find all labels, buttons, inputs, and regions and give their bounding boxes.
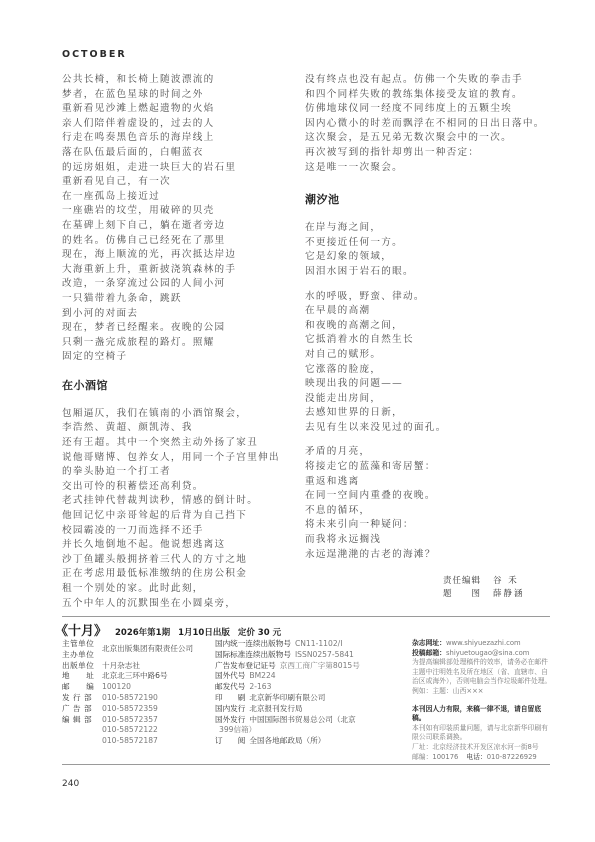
poem-line: 公共长椅，和长椅上随波漂流的 bbox=[62, 73, 294, 88]
colophon-value: BM224 bbox=[249, 671, 275, 682]
poem-line: 它是幻象的领域， bbox=[305, 250, 545, 265]
colophon-row: 订 阅全国各地邮政局（所） bbox=[215, 736, 405, 747]
colophon-value: 010-58572359 bbox=[102, 704, 158, 715]
factory-contact-row: 邮编： 100176 电话： 010-87226929 bbox=[412, 753, 552, 763]
colophon-key: 主办单位 bbox=[62, 650, 102, 661]
colophon-row: 399信箱） bbox=[215, 725, 405, 736]
poem-line: 不更接近任何一方。 bbox=[305, 236, 545, 251]
colophon-key: 编 辑 部 bbox=[62, 715, 102, 726]
poem-stanza: 在岸与海之间， 不更接近任何一方。 它是幻象的领域， 因泪水困于岩石的眼。 bbox=[305, 221, 545, 279]
colophon-row: 广 告 部010-58572359 bbox=[62, 704, 212, 715]
poem-line: 和四个同样失败的教练集体接受友谊的教育。 bbox=[305, 88, 545, 103]
colophon-key: 国外发行 bbox=[215, 715, 245, 726]
poem-line: 水的呼吸，野蛮、律动。 bbox=[305, 290, 545, 305]
colophon-value: 北京北三环中路6号 bbox=[102, 671, 168, 682]
email-row: 投稿邮箱： shiyuetougao@sina.com bbox=[412, 649, 552, 659]
poem-title: 潮汐池 bbox=[305, 191, 545, 207]
poem-title: 在小酒馆 bbox=[62, 377, 294, 393]
colophon-row: 出版单位十月杂志社 bbox=[62, 661, 212, 672]
spacer bbox=[412, 697, 552, 705]
colophon-row: 编 辑 部010-58572357 bbox=[62, 715, 212, 726]
colophon-value: 北京报刊发行局 bbox=[249, 704, 302, 715]
poem-line: 在岸与海之间， bbox=[305, 221, 545, 236]
colophon-key: 印 刷 bbox=[215, 693, 245, 704]
colophon-key: 出版单位 bbox=[62, 661, 102, 672]
poem-body: 包厢逼仄，我们在镇南的小酒馆聚会， 李浩然、黄超、颜凯涛、我 还有王超。其中一个… bbox=[62, 407, 294, 611]
colophon-value: CN11-1102/I bbox=[295, 639, 343, 650]
masthead: 《十月》 2026年第1期 1月10日出版 定价 30 元 bbox=[55, 620, 281, 639]
poem-line: 正在考虑用最低标准缴纳的住房公积金 bbox=[62, 567, 294, 582]
poem-continuation: 公共长椅，和长椅上随波漂流的 梦者，在蓝色星球的时间之外 重新看见沙滩上燃起遗物… bbox=[62, 73, 294, 365]
poem-line: 而我将永远搁浅 bbox=[305, 533, 545, 548]
poem-line: 永远逞滟滟的古老的海滩？ bbox=[305, 548, 545, 563]
stanza-gap bbox=[305, 435, 545, 445]
poem-line: 去见有生以来没见过的面孔。 bbox=[305, 421, 545, 436]
colophon-row: 广告发布登记证号京西工商广字第8015号 bbox=[215, 661, 405, 672]
poem-line: 梦者，在蓝色星球的时间之外 bbox=[62, 88, 294, 103]
poem-line: 的拳头胁迫一个打工者 bbox=[62, 465, 294, 480]
publish-date: 1月10日出版 bbox=[178, 626, 230, 638]
colophon-key bbox=[62, 725, 102, 736]
poem-line: 的远房姐姐，走进一块巨大的岩石里 bbox=[62, 161, 294, 176]
colophon-value: 010-58572357 bbox=[102, 715, 158, 726]
colophon-value: 399信箱） bbox=[219, 725, 256, 736]
colophon-row: 国内统一连续出版物号CN11-1102/I bbox=[215, 639, 405, 650]
poem-line: 它抵消着水的自然生长 bbox=[305, 333, 545, 348]
colophon-value: 北京新华印刷有限公司 bbox=[249, 693, 325, 704]
poem-line: 映现出我的问题—— bbox=[305, 377, 545, 392]
phone-label: 电话： bbox=[466, 753, 486, 763]
email-note: 为提高编辑部处理稿件的效率，请务必在邮件主题中注明姓名及所在地区（省、直辖市、自… bbox=[412, 658, 552, 696]
colophon-row: 国外发行中国国际图书贸易总公司（北京 bbox=[215, 715, 405, 726]
poem-line: 仿佛地球仪同一经度不同纬度上的五颗尘埃 bbox=[305, 102, 545, 117]
issue-number: 2026年第1期 bbox=[115, 626, 170, 638]
poem-line: 和夜晚的高潮之间， bbox=[305, 319, 545, 334]
colophon-row: 发 行 部010-58572190 bbox=[62, 693, 212, 704]
factory-address-label: 厂址： bbox=[412, 743, 432, 753]
colophon-key: 国外代号 bbox=[215, 671, 245, 682]
poem-line: 沙丁鱼罐头般拥挤着三代人的方寸之地 bbox=[62, 553, 294, 568]
email-label: 投稿邮箱： bbox=[412, 649, 446, 659]
poem-continuation: 没有终点也没有起点。仿佛一个失败的拳击手 和四个同样失败的教练集体接受友谊的教育… bbox=[305, 73, 545, 175]
colophon-key: 广 告 部 bbox=[62, 704, 102, 715]
colophon-key: 发 行 部 bbox=[62, 693, 102, 704]
poem-line: 重新看见沙滩上燃起遗物的火焰 bbox=[62, 102, 294, 117]
poem-line: 五个中年人的沉默围坐在小圆桌旁， bbox=[62, 597, 294, 612]
poem-line: 大海重新上升，重新披浇筑森林的手 bbox=[62, 263, 294, 278]
colophon-value: ISSN0257-5841 bbox=[295, 650, 354, 661]
colophon-publisher-info: 主管单位北京出版集团有限责任公司 主办单位 出版单位十月杂志社 地 址北京北三环… bbox=[62, 639, 212, 747]
colophon-row: 国际标准连续出版物号ISSN0257-5841 bbox=[215, 650, 405, 661]
colophon-row: 010-58572122 bbox=[62, 725, 212, 736]
colophon-row: 印 刷北京新华印刷有限公司 bbox=[215, 693, 405, 704]
poem-line: 只剩一盏完成旅程的路灯。照耀 bbox=[62, 336, 294, 351]
factory-address: 北京经济技术开发区凉水河一街8号 bbox=[432, 743, 538, 753]
colophon-key bbox=[62, 736, 102, 747]
colophon-value: 010-58572187 bbox=[102, 736, 158, 747]
poem-line: 矛盾的月亮， bbox=[305, 445, 545, 460]
print-quality-note: 本刊如有印装质量问题，请与北京新华印刷有限公司联系调换。 bbox=[412, 724, 552, 743]
poem-line: 并长久地倒地不起。他说想逃离这 bbox=[62, 538, 294, 553]
colophon-value: 010-58572122 bbox=[102, 725, 158, 736]
poem-line: 的姓名。仿佛自己已经死在了那里 bbox=[62, 234, 294, 249]
colophon-row: 010-58572187 bbox=[62, 736, 212, 747]
colophon-value: 2-163 bbox=[249, 682, 271, 693]
divider bbox=[62, 764, 550, 765]
colophon-registration-info: 国内统一连续出版物号CN11-1102/I 国际标准连续出版物号ISSN0257… bbox=[215, 639, 405, 747]
poem-line: 亲人们陪伴着虚设的，过去的人 bbox=[62, 117, 294, 132]
poem-line: 还有王超。其中一个突然主动外扬了家丑 bbox=[62, 436, 294, 451]
poem-line: 因泪水困于岩石的眼。 bbox=[305, 265, 545, 280]
phone: 010-87226929 bbox=[487, 753, 537, 763]
colophon-row: 地 址北京北三环中路6号 bbox=[62, 671, 212, 682]
postcode: 100176 bbox=[432, 753, 458, 763]
stanza-gap bbox=[305, 280, 545, 290]
email-link[interactable]: shiyuetougao@sina.com bbox=[446, 649, 529, 659]
submission-notice: 本刊因人力有限，来稿一律不退，请自留底稿。 bbox=[412, 705, 552, 724]
poem-line: 一座礁岩的坟茔，用破碎的贝壳 bbox=[62, 204, 294, 219]
credit-role: 责任编辑 bbox=[443, 575, 493, 588]
poem-line: 落在队伍最后面的，白帽蓝衣 bbox=[62, 146, 294, 161]
divider bbox=[62, 616, 550, 617]
left-column: 公共长椅，和长椅上随波漂流的 梦者，在蓝色星球的时间之外 重新看见沙滩上燃起遗物… bbox=[62, 73, 294, 611]
page-number: 240 bbox=[62, 779, 79, 789]
website-row: 杂志网址： www.shiyuezazhi.com bbox=[412, 639, 552, 649]
poem-line: 重返和逃离 bbox=[305, 475, 545, 490]
factory-address-row: 厂址： 北京经济技术开发区凉水河一街8号 bbox=[412, 743, 552, 753]
poem-line: 固定的空椅子 bbox=[62, 350, 294, 365]
poem-line: 交出可怜的积蓄偿还高利贷。 bbox=[62, 480, 294, 495]
poem-line: 再次被写到的指针却剪出一种否定： bbox=[305, 146, 545, 161]
poem-stanza: 水的呼吸，野蛮、律动。 在早晨的高潮 和夜晚的高潮之间， 它抵消着水的自然生长 … bbox=[305, 290, 545, 436]
magazine-title: 《十月》 bbox=[55, 620, 107, 639]
credit-name: 薛静涵 bbox=[493, 588, 525, 601]
poem-line: 没有终点也没有起点。仿佛一个失败的拳击手 bbox=[305, 73, 545, 88]
poem-line: 在墓碑上刻下自己，躺在逝者旁边 bbox=[62, 219, 294, 234]
colophon-key: 邮 编 bbox=[62, 682, 102, 693]
poem-line: 租一个别处的家。此时此刻， bbox=[62, 582, 294, 597]
poem-line: 校园霸凌的一刀而选择不还手 bbox=[62, 524, 294, 539]
colophon-row: 主管单位北京出版集团有限责任公司 bbox=[62, 639, 212, 650]
colophon-key: 国内统一连续出版物号 bbox=[215, 639, 291, 650]
poem-line: 包厢逼仄，我们在镇南的小酒馆聚会， bbox=[62, 407, 294, 422]
poem-line: 没能走出房间， bbox=[305, 392, 545, 407]
credit-row: 责任编辑 谷 禾 bbox=[443, 575, 525, 588]
colophon-value: 十月杂志社 bbox=[102, 661, 140, 672]
colophon-value: 北京出版集团有限责任公司 bbox=[102, 644, 193, 655]
credit-row: 题 图 薛静涵 bbox=[443, 588, 525, 601]
poem-line: 在同一空间内重叠的夜晚。 bbox=[305, 489, 545, 504]
poem-stanza: 矛盾的月亮， 将接走它的蓝藻和寄居蟹： 重返和逃离 在同一空间内重叠的夜晚。 不… bbox=[305, 445, 545, 562]
colophon-value: 010-58572190 bbox=[102, 693, 158, 704]
poem-line: 现在，海上顺流的光，再次抵达岸边 bbox=[62, 248, 294, 263]
poem-line: 在一座孤岛上接近过 bbox=[62, 190, 294, 205]
colophon-key: 地 址 bbox=[62, 671, 102, 682]
poem-line: 不息的循环， bbox=[305, 504, 545, 519]
colophon-row: 国内发行北京报刊发行局 bbox=[215, 704, 405, 715]
credit-role: 题 图 bbox=[443, 588, 493, 601]
colophon-key: 国内发行 bbox=[215, 704, 245, 715]
running-head: OCTOBER bbox=[62, 49, 127, 60]
colophon-row: 国外代号BM224 bbox=[215, 671, 405, 682]
right-column: 没有终点也没有起点。仿佛一个失败的拳击手 和四个同样失败的教练集体接受友谊的教育… bbox=[305, 73, 545, 562]
price: 定价 30 元 bbox=[238, 626, 281, 638]
colophon-key: 订 阅 bbox=[215, 736, 245, 747]
colophon-key: 国际标准连续出版物号 bbox=[215, 650, 291, 661]
colophon-key: 主管单位 bbox=[62, 639, 102, 650]
poem-line: 到小河的对面去 bbox=[62, 307, 294, 322]
colophon-row: 邮 编100120 bbox=[62, 682, 212, 693]
colophon-value: 中国国际图书贸易总公司（北京 bbox=[249, 715, 355, 726]
website-label: 杂志网址： bbox=[412, 639, 446, 649]
poem-line: 因内心微小的时差而飘浮在不相同的日出日落中。 bbox=[305, 117, 545, 132]
poem-line: 老式挂钟代替裁判读秒，情感的倒计时。 bbox=[62, 494, 294, 509]
poem-line: 说他哥赌博、包养女人，用同一个子宫里伸出 bbox=[62, 451, 294, 466]
poem-line: 改造，一条穿流过公园的人间小河 bbox=[62, 277, 294, 292]
colophon-value: 100120 bbox=[102, 682, 131, 693]
poem-line: 李浩然、黄超、颜凯涛、我 bbox=[62, 421, 294, 436]
colophon-row: 邮发代号2-163 bbox=[215, 682, 405, 693]
poem-line: 行走在鸣奏黑色音乐的海岸线上 bbox=[62, 131, 294, 146]
poem-line: 现在，梦者已经醒来。夜晚的公园 bbox=[62, 321, 294, 336]
poem-line: 重新看见自己，有一次 bbox=[62, 175, 294, 190]
colophon-key: 邮发代号 bbox=[215, 682, 245, 693]
poem-line: 在早晨的高潮 bbox=[305, 304, 545, 319]
poem-line: 这是唯一一次聚会。 bbox=[305, 161, 545, 176]
poem-line: 将未来引向一种疑问： bbox=[305, 518, 545, 533]
poem-line: 将接走它的蓝藻和寄居蟹： bbox=[305, 460, 545, 475]
postcode-label: 邮编： bbox=[412, 753, 432, 763]
poem-line: 它涨落的脸庞， bbox=[305, 363, 545, 378]
poem-line: 去感知世界的日新， bbox=[305, 406, 545, 421]
website-link[interactable]: www.shiyuezazhi.com bbox=[446, 639, 521, 649]
poem-line: 他回记忆中亲哥耸起的后背为自己挡下 bbox=[62, 509, 294, 524]
poem-line: 对自己的赋形。 bbox=[305, 348, 545, 363]
colophon-key: 广告发布登记证号 bbox=[215, 661, 276, 672]
poem-line: 这次聚会，是五兄弟无数次聚会中的一次。 bbox=[305, 131, 545, 146]
colophon-value: 京西工商广字第8015号 bbox=[280, 661, 360, 672]
colophon-value: 全国各地邮政局（所） bbox=[249, 736, 325, 747]
poem-line: 一只猫带着九条命，跳跃 bbox=[62, 292, 294, 307]
editor-credits: 责任编辑 谷 禾 题 图 薛静涵 bbox=[443, 575, 525, 600]
colophon-contact-info: 杂志网址： www.shiyuezazhi.com 投稿邮箱： shiyueto… bbox=[412, 639, 552, 762]
credit-name: 谷 禾 bbox=[493, 575, 519, 588]
